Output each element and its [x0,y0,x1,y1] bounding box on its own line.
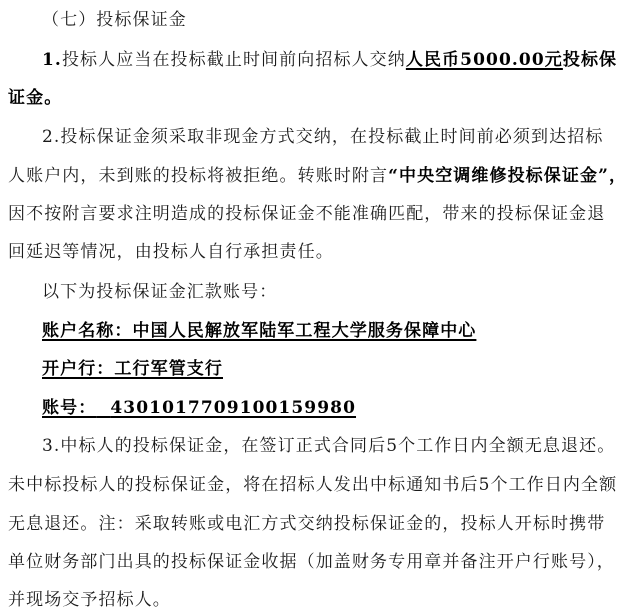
item1-text: 投标人应当在投标截止时间前向招标人交纳 [62,50,406,70]
item1-suffix: 投标保 [563,50,617,70]
item1-line2: 证金。 [8,86,62,110]
item3-line5: 并现场交予招标人。 [8,588,171,612]
account-number-line: 账号： 4301017709100159980 [42,396,356,420]
account-intro: 以下为投标保证金汇款账号： [42,280,277,304]
deposit-amount: 人民币5000.00元 [406,50,563,70]
item1-number: 1. [42,50,62,70]
item3-line1: 3.中标人的投标保证金，在签订正式合同后5个工作日内全额无息退还。 [42,434,615,458]
account-number-value: 4301017709100159980 [110,398,356,418]
item2-line3: 因不按附言要求注明造成的投标保证金不能准确匹配，带来的投标保证金退 [8,202,605,226]
transfer-remark: “中央空调维修投标保证金”， [388,166,627,186]
item2-line2-text: 人账户内，未到账的投标将被拒绝。转账时附言 [8,166,388,186]
item2-line1: 2.投标保证金须采取非现金方式交纳，在投标截止时间前必须到达招标 [42,125,603,149]
item2-line4: 回延迟等情况，由投标人自行承担责任。 [8,240,334,264]
bank-name: 开户行：工行军管支行 [42,357,223,381]
account-number-label: 账号： [42,398,96,418]
item1-line1: 1.投标人应当在投标截止时间前向招标人交纳人民币5000.00元投标保 [42,48,617,72]
section-heading: （七）投标保证金 [42,8,187,32]
item2-line2: 人账户内，未到账的投标将被拒绝。转账时附言“中央空调维修投标保证金”， [8,164,627,188]
item3-line2: 未中标投标人的投标保证金，将在招标人发出中标通知书后5个工作日内全额 [8,473,617,497]
account-name: 账户名称：中国人民解放军陆军工程大学服务保障中心 [42,319,476,343]
item3-line3: 无息退还。注：采取转账或电汇方式交纳投标保证金的，投标人开标时携带 [8,512,605,536]
item3-line4: 单位财务部门出具的投标保证金收据（加盖财务专用章并备注开户行账号）， [8,550,615,574]
